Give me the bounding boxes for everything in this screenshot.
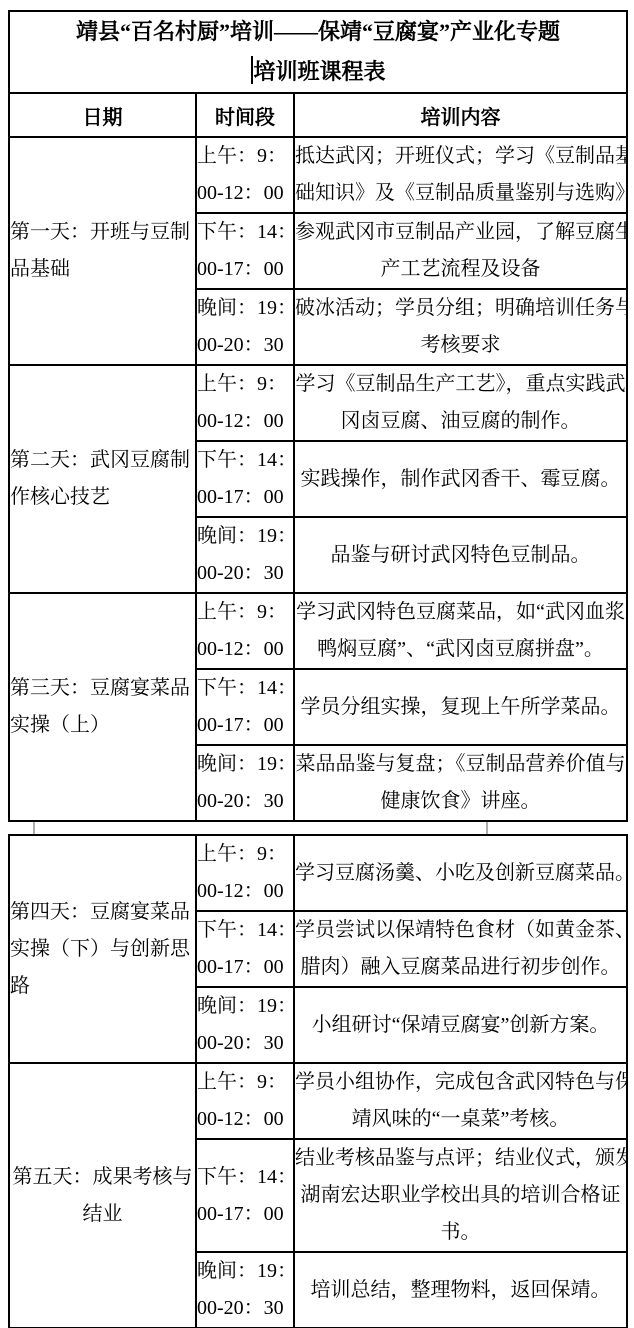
- time-line: 00-12：00: [197, 631, 293, 668]
- time-cell-day4-afternoon[interactable]: 下午：14： 00-17：00: [196, 911, 294, 987]
- time-cell-day3-evening[interactable]: 晚间：19： 00-20：30: [196, 745, 294, 821]
- time-line: 下午：14：: [197, 912, 293, 949]
- date-line: 实操（下）与创新思: [10, 931, 195, 968]
- col-header-date[interactable]: 日期: [9, 93, 196, 137]
- content-cell-day1-afternoon[interactable]: 参观武冈市豆制品产业园，了解豆腐生 产工艺流程及设备: [294, 213, 627, 289]
- content-line: 品鉴与研讨武冈特色豆制品。: [295, 537, 626, 574]
- gridline-tick-right: [486, 822, 488, 834]
- content-cell-day2-evening[interactable]: 品鉴与研讨武冈特色豆制品。: [294, 517, 627, 593]
- time-line: 00-17：00: [197, 479, 293, 516]
- date-line: 第三天：豆腐宴菜品: [10, 670, 195, 707]
- schedule-table-part-1: 靖县“百名村厨”培训——保靖“豆腐宴”产业化专题 培训班课程表 日期 时间段 培…: [8, 10, 628, 822]
- table-row: 第五天：成果考核与 结业 上午：9： 00-12：00 学员小组协作，完成包含武…: [9, 1063, 627, 1139]
- date-line: 第五天：成果考核与: [10, 1159, 195, 1196]
- time-cell-day1-afternoon[interactable]: 下午：14： 00-17：00: [196, 213, 294, 289]
- time-cell-day3-afternoon[interactable]: 下午：14： 00-17：00: [196, 669, 294, 745]
- content-cell-day5-afternoon[interactable]: 结业考核品鉴与点评；结业仪式，颁发 湖南宏达职业学校出具的培训合格证 书。: [294, 1139, 627, 1252]
- time-cell-day4-morning[interactable]: 上午：9： 00-12：00: [196, 835, 294, 911]
- date-line: 结业: [10, 1196, 195, 1233]
- content-line: 产工艺流程及设备: [295, 251, 626, 288]
- content-line: 学习武冈特色豆腐菜品，如“武冈血浆: [295, 594, 626, 631]
- time-line: 上午：9：: [197, 594, 293, 631]
- content-cell-day2-afternoon[interactable]: 实践操作，制作武冈香干、霉豆腐。: [294, 441, 627, 517]
- table-row: 第二天：武冈豆腐制 作核心技艺 上午：9： 00-12：00 学习《豆制品生产工…: [9, 365, 627, 441]
- content-line: 小组研讨“保靖豆腐宴”创新方案。: [295, 1007, 626, 1044]
- time-line: 下午：14：: [197, 442, 293, 479]
- date-line: 路: [10, 968, 195, 1005]
- time-line: 晚间：19：: [197, 518, 293, 555]
- content-line: 培训总结，整理物料，返回保靖。: [295, 1272, 626, 1309]
- content-line: 菜品品鉴与复盘；《豆制品营养价值与: [295, 746, 626, 783]
- time-line: 上午：9：: [197, 836, 293, 873]
- table-title-line-2: 培训班课程表: [254, 59, 386, 84]
- time-cell-day2-morning[interactable]: 上午：9： 00-12：00: [196, 365, 294, 441]
- time-line: 00-20：30: [197, 783, 293, 820]
- content-cell-day1-morning[interactable]: 抵达武冈；开班仪式；学习《豆制品基 础知识》及《豆制品质量鉴别与选购》。: [294, 137, 627, 213]
- date-line: 第二天：武冈豆腐制: [10, 442, 195, 479]
- content-line: 结业考核品鉴与点评；结业仪式，颁发: [295, 1140, 626, 1177]
- time-line: 晚间：19：: [197, 746, 293, 783]
- column-header-row: 日期 时间段 培训内容: [9, 93, 627, 137]
- time-line: 00-17：00: [197, 251, 293, 288]
- document-page: 靖县“百名村厨”培训——保靖“豆腐宴”产业化专题 培训班课程表 日期 时间段 培…: [0, 0, 634, 1328]
- schedule-table-part-2: 第四天：豆腐宴菜品 实操（下）与创新思 路 上午：9： 00-12：00 学习豆…: [8, 834, 628, 1328]
- content-line: 学习豆腐汤羹、小吃及创新豆腐菜品。: [295, 855, 626, 892]
- time-cell-day5-afternoon[interactable]: 下午：14： 00-17：00: [196, 1139, 294, 1252]
- table-row: 第四天：豆腐宴菜品 实操（下）与创新思 路 上午：9： 00-12：00 学习豆…: [9, 835, 627, 911]
- date-line: 第一天：开班与豆制: [10, 214, 195, 251]
- content-cell-day3-afternoon[interactable]: 学员分组实操，复现上午所学菜品。: [294, 669, 627, 745]
- content-cell-day3-evening[interactable]: 菜品品鉴与复盘；《豆制品营养价值与 健康饮食》讲座。: [294, 745, 627, 821]
- table-row: 第一天：开班与豆制 品基础 上午：9： 00-12：00 抵达武冈；开班仪式；学…: [9, 137, 627, 213]
- content-cell-day5-evening[interactable]: 培训总结，整理物料，返回保靖。: [294, 1252, 627, 1328]
- time-line: 00-12：00: [197, 175, 293, 212]
- date-cell-day4[interactable]: 第四天：豆腐宴菜品 实操（下）与创新思 路: [9, 835, 196, 1063]
- time-line: 00-12：00: [197, 1101, 293, 1138]
- date-line: 第四天：豆腐宴菜品: [10, 894, 195, 931]
- content-cell-day4-morning[interactable]: 学习豆腐汤羹、小吃及创新豆腐菜品。: [294, 835, 627, 911]
- table-title-line-2-wrap: 培训班课程表: [10, 52, 626, 92]
- date-cell-day1[interactable]: 第一天：开班与豆制 品基础: [9, 137, 196, 365]
- content-line: 冈卤豆腐、油豆腐的制作。: [295, 403, 626, 440]
- date-cell-day3[interactable]: 第三天：豆腐宴菜品 实操（上）: [9, 593, 196, 821]
- title-row: 靖县“百名村厨”培训——保靖“豆腐宴”产业化专题 培训班课程表: [9, 11, 627, 93]
- time-cell-day1-evening[interactable]: 晚间：19： 00-20：30: [196, 289, 294, 365]
- time-line: 00-12：00: [197, 873, 293, 910]
- time-line: 上午：9：: [197, 138, 293, 175]
- time-cell-day1-morning[interactable]: 上午：9： 00-12：00: [196, 137, 294, 213]
- time-line: 下午：14：: [197, 670, 293, 707]
- content-cell-day4-evening[interactable]: 小组研讨“保靖豆腐宴”创新方案。: [294, 987, 627, 1063]
- date-line: 实操（上）: [10, 707, 195, 744]
- time-line: 00-20：30: [197, 1290, 293, 1327]
- time-line: 晚间：19：: [197, 1253, 293, 1290]
- time-line: 下午：14：: [197, 214, 293, 251]
- content-line: 靖风味的“一桌菜”考核。: [295, 1101, 626, 1138]
- col-header-content[interactable]: 培训内容: [294, 93, 627, 137]
- time-line: 00-20：30: [197, 327, 293, 364]
- time-cell-day4-evening[interactable]: 晚间：19： 00-20：30: [196, 987, 294, 1063]
- time-cell-day3-morning[interactable]: 上午：9： 00-12：00: [196, 593, 294, 669]
- content-line: 书。: [295, 1214, 626, 1251]
- content-line: 实践操作，制作武冈香干、霉豆腐。: [295, 461, 626, 498]
- time-line: 00-17：00: [197, 1196, 293, 1233]
- time-cell-day5-morning[interactable]: 上午：9： 00-12：00: [196, 1063, 294, 1139]
- content-line: 学员分组实操，复现上午所学菜品。: [295, 689, 626, 726]
- time-cell-day2-evening[interactable]: 晚间：19： 00-20：30: [196, 517, 294, 593]
- time-line: 上午：9：: [197, 366, 293, 403]
- content-cell-day5-morning[interactable]: 学员小组协作，完成包含武冈特色与保 靖风味的“一桌菜”考核。: [294, 1063, 627, 1139]
- time-line: 晚间：19：: [197, 988, 293, 1025]
- content-line: 腊肉）融入豆腐菜品进行初步创作。: [295, 949, 626, 986]
- table-title-line-1: 靖县“百名村厨”培训——保靖“豆腐宴”产业化专题: [10, 12, 626, 52]
- content-line: 学员小组协作，完成包含武冈特色与保: [295, 1064, 626, 1101]
- content-line: 学员尝试以保靖特色食材（如黄金茶、: [295, 912, 626, 949]
- time-line: 晚间：19：: [197, 290, 293, 327]
- time-line: 上午：9：: [197, 1064, 293, 1101]
- content-line: 破冰活动；学员分组；明确培训任务与: [295, 290, 626, 327]
- time-line: 00-20：30: [197, 555, 293, 592]
- content-line: 健康饮食》讲座。: [295, 783, 626, 820]
- content-cell-day1-evening[interactable]: 破冰活动；学员分组；明确培训任务与 考核要求: [294, 289, 627, 365]
- page-break-gap: [8, 822, 626, 834]
- date-line: 品基础: [10, 251, 195, 288]
- content-line: 抵达武冈；开班仪式；学习《豆制品基: [295, 138, 626, 175]
- time-line: 00-17：00: [197, 707, 293, 744]
- table-title-cell[interactable]: 靖县“百名村厨”培训——保靖“豆腐宴”产业化专题 培训班课程表: [9, 11, 627, 93]
- content-cell-day2-morning[interactable]: 学习《豆制品生产工艺》，重点实践武 冈卤豆腐、油豆腐的制作。: [294, 365, 627, 441]
- content-cell-day3-morning[interactable]: 学习武冈特色豆腐菜品，如“武冈血浆 鸭焖豆腐”、“武冈卤豆腐拼盘”。: [294, 593, 627, 669]
- date-line: 作核心技艺: [10, 479, 195, 516]
- content-line: 参观武冈市豆制品产业园，了解豆腐生: [295, 214, 626, 251]
- content-line: 学习《豆制品生产工艺》，重点实践武: [295, 366, 626, 403]
- content-line: 考核要求: [295, 327, 626, 364]
- time-cell-day5-evening[interactable]: 晚间：19： 00-20：30: [196, 1252, 294, 1328]
- time-line: 00-12：00: [197, 403, 293, 440]
- date-cell-day2[interactable]: 第二天：武冈豆腐制 作核心技艺: [9, 365, 196, 593]
- col-header-time[interactable]: 时间段: [196, 93, 294, 137]
- time-line: 00-17：00: [197, 949, 293, 986]
- text-cursor: [251, 56, 253, 84]
- content-cell-day4-afternoon[interactable]: 学员尝试以保靖特色食材（如黄金茶、 腊肉）融入豆腐菜品进行初步创作。: [294, 911, 627, 987]
- time-line: 下午：14：: [197, 1159, 293, 1196]
- time-cell-day2-afternoon[interactable]: 下午：14： 00-17：00: [196, 441, 294, 517]
- gridline-tick-left: [33, 822, 35, 834]
- date-cell-day5[interactable]: 第五天：成果考核与 结业: [9, 1063, 196, 1328]
- table-row: 第三天：豆腐宴菜品 实操（上） 上午：9： 00-12：00 学习武冈特色豆腐菜…: [9, 593, 627, 669]
- time-line: 00-20：30: [197, 1025, 293, 1062]
- content-line: 础知识》及《豆制品质量鉴别与选购》。: [295, 175, 626, 212]
- content-line: 湖南宏达职业学校出具的培训合格证: [295, 1177, 626, 1214]
- content-line: 鸭焖豆腐”、“武冈卤豆腐拼盘”。: [295, 631, 626, 668]
